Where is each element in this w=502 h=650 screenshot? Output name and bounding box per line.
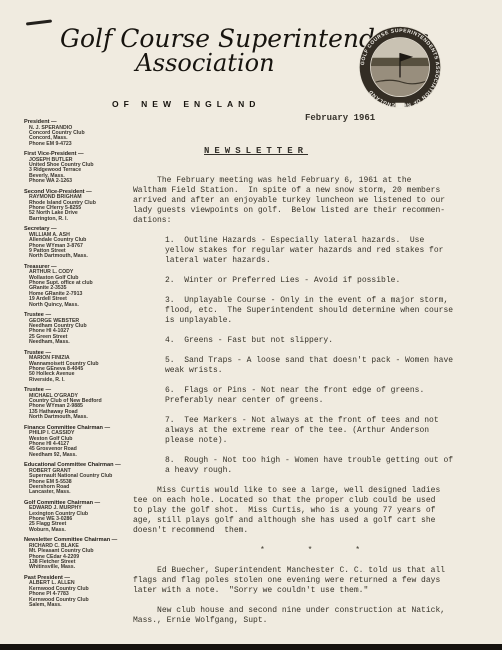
recommendation-item-1: 1. Outline Hazards - Especially lateral … xyxy=(133,236,489,266)
officer-details: N. J. SPERANDIO Concord Country Club Con… xyxy=(24,126,134,148)
officer-trustee-3: Trustee — MICHAEL O'GRADY Country Club o… xyxy=(24,387,134,421)
intro-paragraph: The February meeting was held February 6… xyxy=(133,176,489,226)
newsletter-heading: NEWSLETTER xyxy=(204,146,308,156)
officer-educational-chairman: Educational Committee Chairman — ROBERT … xyxy=(24,462,134,496)
officers-sidebar: President — N. J. SPERANDIO Concord Coun… xyxy=(24,119,134,612)
recommendation-item-3: 3. Unplayable Course - Only in the event… xyxy=(133,296,489,326)
association-seal-icon: GOLF COURSE SUPERINTENDENTS ASSOCIATION … xyxy=(352,24,448,114)
officer-second-vice-president: Second Vice-President — RAYMOND BRIGHAM … xyxy=(24,189,134,223)
natick-paragraph: New club house and second nine under con… xyxy=(133,606,489,626)
officer-president: President — N. J. SPERANDIO Concord Coun… xyxy=(24,119,134,147)
recommendation-item-4: 4. Greens - Fast but not slippery. xyxy=(133,336,489,346)
officer-trustee-1: Trustee — GEORGE WEBSTER Needham Country… xyxy=(24,312,134,346)
recommendation-item-5: 5. Sand Traps - A loose sand that doesn'… xyxy=(133,356,489,376)
officer-details: ROBERT GRANT Supernault National Country… xyxy=(24,469,134,496)
newsletter-page: Golf Course Superintendents Association … xyxy=(0,0,502,650)
issue-date: February 1961 xyxy=(305,113,375,123)
officer-treasurer: Treasurer — ARTHUR L. CODY Wollaston Gol… xyxy=(24,264,134,308)
officer-secretary: Secretary — WILLIAM A. ASH Allendale Cou… xyxy=(24,226,134,260)
officer-past-president: Past President — ALBERT L. ALLEN Kernwoo… xyxy=(24,575,134,609)
recommendation-item-6: 6. Flags or Pins - Not near the front ed… xyxy=(133,386,489,406)
officer-details: MARION FINIZIA Wannamoisett Country Club… xyxy=(24,356,134,383)
officer-details: RICHARD C. BLAKE Mt. Pleasant Country Cl… xyxy=(24,544,134,571)
masthead: Golf Course Superintendents Association xyxy=(60,24,350,77)
officer-details: GEORGE WEBSTER Needham Country Club Phon… xyxy=(24,319,134,346)
officer-details: ALBERT L. ALLEN Kernwood Country Club Ph… xyxy=(24,581,134,608)
newsletter-body: The February meeting was held February 6… xyxy=(133,176,489,636)
officer-details: PHILIP I. CASSIDY Weston Golf Club Phone… xyxy=(24,431,134,458)
scan-edge xyxy=(0,644,502,650)
recommendation-item-2: 2. Winter or Preferred Lies - Avoid if p… xyxy=(133,276,489,286)
recommendation-item-8: 8. Rough - Not too high - Women have tro… xyxy=(133,456,489,476)
recommendation-item-7: 7. Tee Markers - Not always at the front… xyxy=(133,416,489,446)
officer-details: RAYMOND BRIGHAM Rhode Island Country Clu… xyxy=(24,195,134,222)
seal-flagpole xyxy=(399,53,400,77)
officer-details: JOSEPH BUTLER United Shoe Country Club 3… xyxy=(24,158,134,185)
association-title-line2: Association xyxy=(60,49,350,77)
officer-trustee-2: Trustee — MARION FINIZIA Wannamoisett Co… xyxy=(24,350,134,384)
officer-details: ARTHUR L. CODY Wollaston Golf Club Phone… xyxy=(24,270,134,308)
association-subtitle: OF NEW ENGLAND xyxy=(112,99,262,109)
buecher-paragraph: Ed Buecher, Superintendent Manchester C.… xyxy=(133,566,489,596)
officer-golf-chairman: Golf Committee Chairman — EDWARD J. MURP… xyxy=(24,500,134,534)
curtis-paragraph: Miss Curtis would like to see a large, w… xyxy=(133,486,489,536)
asterisk-separator: * * * xyxy=(133,546,489,556)
officer-details: EDWARD J. MURPHY Lexington Country Club … xyxy=(24,506,134,533)
officer-details: WILLIAM A. ASH Allendale Country Club Ph… xyxy=(24,233,134,260)
officer-newsletter-chairman: Newsletter Committee Chairman — RICHARD … xyxy=(24,537,134,571)
officer-details: MICHAEL O'GRADY Country Club of New Bedf… xyxy=(24,394,134,421)
officer-first-vice-president: First Vice-President — JOSEPH BUTLER Uni… xyxy=(24,151,134,185)
officer-finance-chairman: Finance Committee Chairman — PHILIP I. C… xyxy=(24,425,134,459)
scan-mark xyxy=(26,19,52,25)
